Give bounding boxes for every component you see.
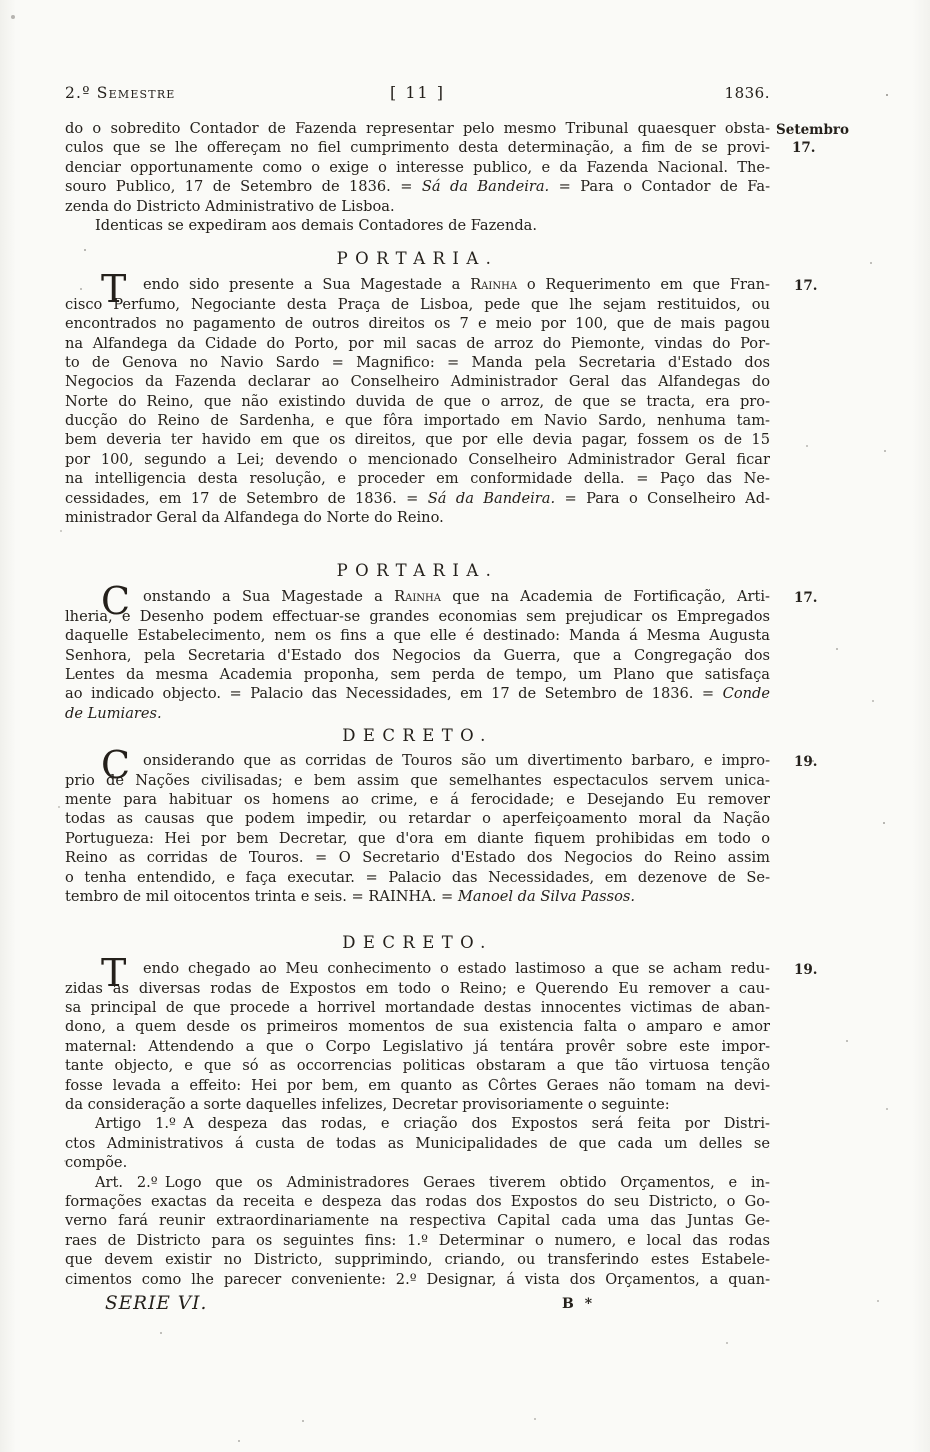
text-line: onsiderando que as corridas de Touros sã…	[65, 751, 770, 770]
text-line: ducção do Reino de Sardenha, e que fôra …	[65, 411, 770, 430]
italic-text: Sá da Bandeira.	[428, 490, 555, 507]
text-line: souro Publico, 17 de Setembro de 1836. =…	[65, 177, 770, 196]
section-heading: PORTARIA.	[65, 249, 770, 268]
text-line: lheria, e Desenho podem effectuar-se gra…	[65, 607, 770, 626]
text-line: endo chegado ao Meu conhecimento o estad…	[65, 959, 770, 978]
paragraph: do o sobredito Contador de Fazenda repre…	[65, 119, 770, 235]
text-line: verno fará reunir extraordinariamente na…	[65, 1211, 770, 1230]
text-line: Identicas se expediram aos demais Contad…	[65, 216, 770, 235]
italic-text: Manoel da Silva Passos.	[458, 888, 635, 905]
text-line: de Lumiares.	[65, 704, 770, 723]
italic-text: Sá da Bandeira.	[422, 178, 549, 195]
text-line: cimentos como lhe parecer conveniente: 2…	[65, 1270, 770, 1289]
text-line: zidas as diversas rodas de Expostos em t…	[65, 979, 770, 998]
text-line: endo sido presente a Sua Magestade a Rai…	[65, 275, 770, 294]
section-heading: DECRETO.	[65, 726, 770, 745]
text-line: cessidades, em 17 de Setembro de 1836. =…	[65, 489, 770, 508]
page-header: 2.º Semestre [ 11 ] 1836.	[65, 0, 770, 102]
text-line: tembro de mil oitocentos trinta e seis. …	[65, 887, 770, 906]
drop-cap: C	[101, 582, 130, 620]
margin-note: 19.	[776, 754, 866, 772]
scanned-gazette-page: 2.º Semestre [ 11 ] 1836. do o sobredito…	[0, 0, 930, 1452]
drop-cap: T	[101, 954, 126, 992]
text-line: mente para habituar os homens ao crime, …	[65, 790, 770, 809]
text-line: ministrador Geral da Alfandega do Norte …	[65, 508, 770, 527]
text-line: compõe.	[65, 1153, 770, 1172]
text-line: Art. 2.º Logo que os Administradores Ger…	[65, 1173, 770, 1192]
text-line: Senhora, pela Secretaria d'Estado dos Ne…	[65, 646, 770, 665]
drop-cap: T	[101, 270, 126, 308]
text-line: sa principal de que procede a horrivel m…	[65, 998, 770, 1017]
signature-mark: B *	[562, 1296, 595, 1312]
margin-note: 17.	[776, 590, 866, 608]
margin-note: 17.	[776, 278, 866, 296]
section-heading: DECRETO.	[65, 933, 770, 952]
text-line: Reino as corridas de Touros. = O Secreta…	[65, 848, 770, 867]
text-line: na intelligencia desta resolução, e proc…	[65, 469, 770, 488]
document-body: do o sobredito Contador de Fazenda repre…	[65, 119, 770, 1289]
series-label: SERIE VI.	[105, 1293, 207, 1314]
header-semester: 2.º Semestre	[65, 84, 300, 102]
text-line: o tenha entendido, e faça executar. = Pa…	[65, 868, 770, 887]
paragraph: Considerando que as corridas de Touros s…	[65, 751, 770, 906]
text-line: na Alfandega da Cidade do Porto, por mil…	[65, 334, 770, 353]
text-line: do o sobredito Contador de Fazenda repre…	[65, 119, 770, 138]
text-line: maternal: Attendendo a que o Corpo Legis…	[65, 1037, 770, 1056]
text-line: Norte do Reino, que não existindo duvida…	[65, 392, 770, 411]
paragraph: Art. 2.º Logo que os Administradores Ger…	[65, 1173, 770, 1289]
scan-noise	[0, 0, 2, 2]
paragraph: Tendo chegado ao Meu conhecimento o esta…	[65, 959, 770, 1114]
italic-text: de Lumiares.	[65, 705, 162, 722]
text-line: por 100, segundo a Lei; devendo o mencio…	[65, 450, 770, 469]
paragraph: Artigo 1.º A despeza das rodas, e criaçã…	[65, 1114, 770, 1172]
text-line: tante objecto, e que só as occorrencias …	[65, 1056, 770, 1075]
text-line: cisco Perfumo, Negociante desta Praça de…	[65, 295, 770, 314]
text-line: bem deveria ter havido em que os direito…	[65, 430, 770, 449]
text-line: denciar opportunamente como o exige o in…	[65, 158, 770, 177]
page-number: [ 11 ]	[300, 83, 535, 102]
text-line: raes de Districto para os seguintes fins…	[65, 1231, 770, 1250]
margin-note: 19.	[776, 962, 866, 980]
drop-cap: C	[101, 746, 130, 784]
text-line: Negocios da Fazenda declarar ao Conselhe…	[65, 372, 770, 391]
text-line: to de Genova no Navio Sardo = Magnifico:…	[65, 353, 770, 372]
small-caps-text: Rainha	[470, 276, 517, 293]
section-heading: PORTARIA.	[65, 561, 770, 580]
text-line: ao indicado objecto. = Palacio das Neces…	[65, 684, 770, 703]
text-line: encontrados no pagamento de outros direi…	[65, 314, 770, 333]
text-line: dono, a quem desde os primeiros momentos…	[65, 1017, 770, 1036]
text-line: culos que se lhe offereçam no fiel cumpr…	[65, 138, 770, 157]
paragraph: Tendo sido presente a Sua Magestade a Ra…	[65, 275, 770, 527]
text-line: da consideração a sorte daquelles infeli…	[65, 1095, 770, 1114]
text-line: onstando a Sua Magestade a Rainha que na…	[65, 587, 770, 606]
text-line: Lentes da mesma Academia proponha, sem p…	[65, 665, 770, 684]
text-column: 2.º Semestre [ 11 ] 1836. do o sobredito…	[65, 0, 770, 1319]
italic-text: Conde	[723, 685, 770, 702]
text-line: Artigo 1.º A despeza das rodas, e criaçã…	[65, 1114, 770, 1133]
page-footer: SERIE VI. B *	[65, 1293, 770, 1319]
paragraph: Constando a Sua Magestade a Rainha que n…	[65, 587, 770, 723]
small-caps-text: Rainha	[394, 588, 441, 605]
header-year: 1836.	[535, 84, 770, 102]
margin-note: Setembro17.	[776, 122, 848, 157]
text-line: ctos Administrativos á custa de todas as…	[65, 1134, 770, 1153]
text-line: prio de Nações civilisadas; e bem assim …	[65, 771, 770, 790]
text-line: daquelle Estabelecimento, nem os fins a …	[65, 626, 770, 645]
text-line: fosse levada a effeito: Hei por bem, em …	[65, 1076, 770, 1095]
text-line: formações exactas da receita e despeza d…	[65, 1192, 770, 1211]
text-line: que devem existir no Districto, supprimi…	[65, 1250, 770, 1269]
text-line: Portugueza: Hei por bem Decretar, que d'…	[65, 829, 770, 848]
text-line: todas as causas que podem impedir, ou re…	[65, 809, 770, 828]
text-line: zenda do Districto Administrativo de Lis…	[65, 197, 770, 216]
